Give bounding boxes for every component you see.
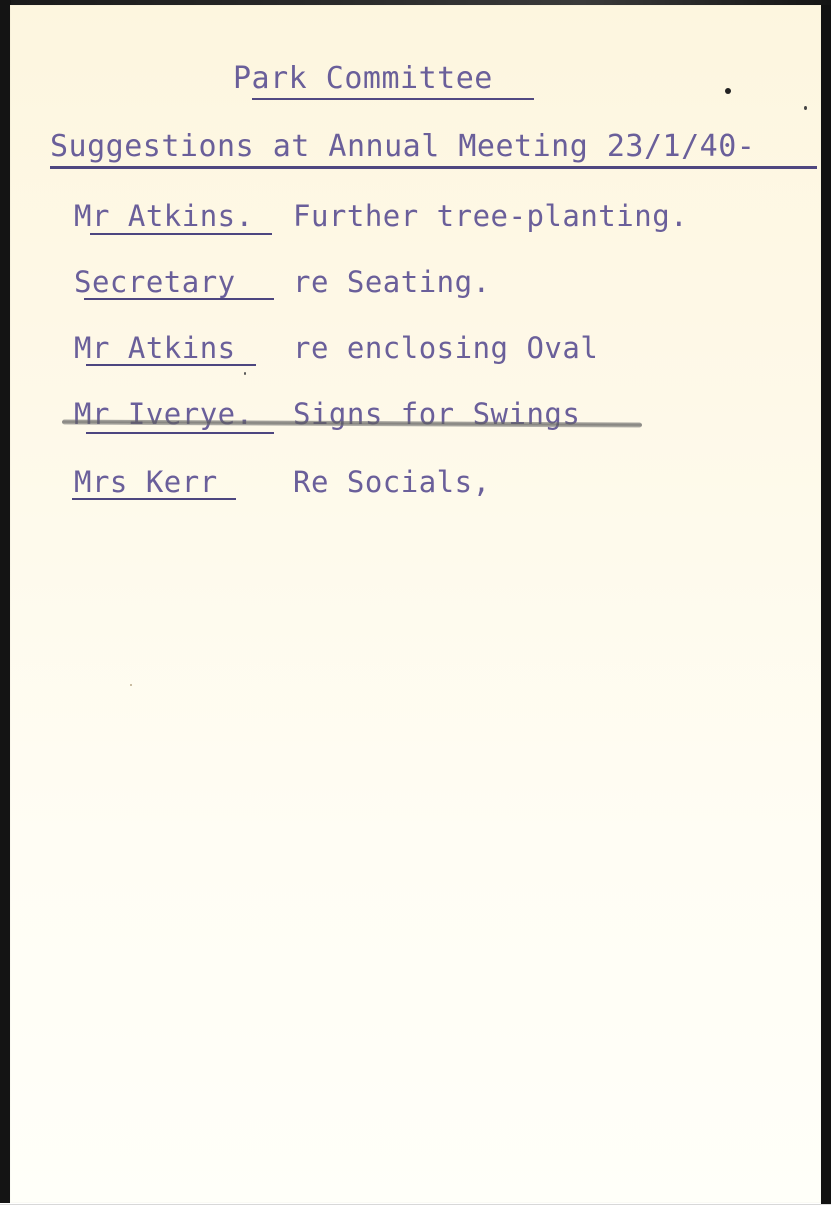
entry-topic: re Seating. — [293, 268, 491, 297]
entry-name-underline — [84, 298, 274, 300]
entry-name: Mrs Kerr — [74, 468, 218, 497]
ink-speck — [804, 106, 807, 110]
entry-name: Secretary — [74, 268, 236, 297]
ink-speck — [244, 372, 246, 375]
entry-name-underline — [72, 498, 236, 500]
scan-edge-right — [821, 5, 831, 1205]
entry-name-underline — [86, 432, 274, 434]
title-underline — [252, 98, 534, 100]
paper-speck — [130, 684, 132, 686]
entry-topic: re enclosing Oval — [293, 334, 598, 363]
entry-topic: Further tree-planting. — [293, 202, 688, 231]
entry-name-underline — [90, 233, 272, 235]
entry-name: Mr Atkins. — [74, 202, 254, 231]
entry-name: Mr Atkins — [74, 334, 236, 363]
scanned-card-image: Park Committee Suggestions at Annual Mee… — [0, 0, 831, 1208]
card-title: Park Committee — [233, 64, 493, 94]
entry-name-underline — [86, 364, 256, 366]
index-card — [10, 5, 821, 1203]
subtitle-underline — [50, 166, 817, 169]
entry-topic: Re Socials, — [293, 468, 491, 497]
scan-edge-bottom — [0, 1204, 831, 1208]
card-subtitle: Suggestions at Annual Meeting 23/1/40- — [50, 132, 755, 162]
ink-speck — [725, 88, 731, 94]
